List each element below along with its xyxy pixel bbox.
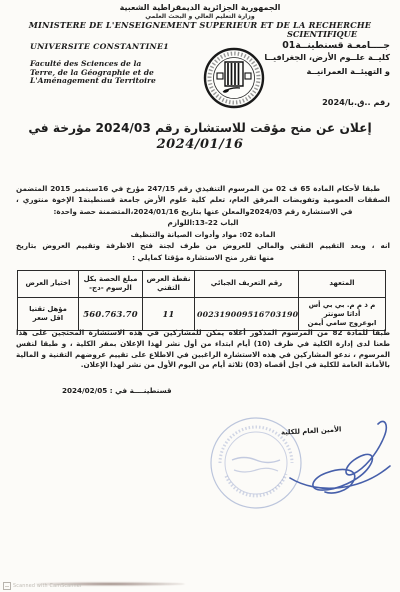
header-ministry-fr-cont: SCIENTIFIQUE xyxy=(287,29,357,39)
university-name-fr: UNIVERSITE CONSTANTINE1 xyxy=(30,43,169,52)
document-page: الجمهورية الجزائرية الديمقراطية الشعبية … xyxy=(0,0,400,592)
closing-line: طعنا لدى إدارة الكلية في ظرف (10) أيام ا… xyxy=(16,339,390,350)
faculty-name-ar-line2: و التهيئــة العمرانيــة xyxy=(264,66,390,77)
body-paragraph: طبقا لأحكام المادة 65 ف 02 من المرسوم ال… xyxy=(16,183,390,263)
offer-choice-line2: اقل سعر xyxy=(20,314,76,323)
closing-line: المرسوم ، ندعو المشاركين في هذه الاستشار… xyxy=(16,350,390,361)
body-line: الباب 22-13:اللوازم xyxy=(16,217,390,228)
faculty-name-fr-line3: L'Aménagement du Territoire xyxy=(30,77,169,86)
table-header-offer-choice: اختيار العرض xyxy=(18,271,79,298)
watermark-text: Scanned with CamScanner xyxy=(13,584,82,589)
cell-tax-id: 00231900951670319001 xyxy=(195,298,299,331)
body-line: المادة 02: مواد وأدوات الصيانة والتنظيف xyxy=(16,229,390,240)
camscanner-watermark: Scanned with CamScanner xyxy=(3,582,82,590)
faculty-name-ar-line1: كليــة علــوم الأرض، الجغرافيــا xyxy=(264,52,390,63)
announcement-title-line2: 2024/01/16 xyxy=(0,137,400,152)
header-republic-ar: الجمهورية الجزائرية الديمقراطية الشعبية xyxy=(0,3,400,12)
announcement-title-line1: إعلان عن منح مؤقت للاستشارة رقم 2024/03 … xyxy=(0,121,400,135)
body-line: في الاستشارة رقم 2024/03والمعلن عنها بتا… xyxy=(16,206,390,217)
date-line: قسنطينــــة في : 2024/02/05 xyxy=(62,386,172,395)
table-header-amount: مبلغ الحصة بكل الرسوم -دج- xyxy=(79,271,143,298)
closing-line: بالأمانة العامة للكلية في اجل أقصاه (03)… xyxy=(16,360,390,371)
table-row: م ذ م م. بي بي أس أداتا سونتر ابوعروج سا… xyxy=(18,298,386,331)
body-line: طبقا لأحكام المادة 65 ف 02 من المرسوم ال… xyxy=(16,183,390,194)
reference-number: رقم ..ق.با/2024 xyxy=(322,97,390,107)
signature-scribble-icon xyxy=(262,414,397,504)
cell-amount: 560.763.70 xyxy=(79,298,143,331)
sender-block-fr: UNIVERSITE CONSTANTINE1 Faculté des Scie… xyxy=(30,43,169,86)
closing-paragraph: طبقا للمادة 82 من المرسوم المذكور أعلاه … xyxy=(16,328,390,371)
cell-technical-score: 11 xyxy=(143,298,195,331)
cell-offer-choice: مؤهل تقنيا اقل سعر xyxy=(18,298,79,331)
table-header-row: المتعهد رقم التعريف الجبائي نقطة العرض ا… xyxy=(18,271,386,298)
header-ministry-ar: وزارة التعليم العالي و البحث العلمي xyxy=(0,13,400,20)
body-line: الصفقات العمومية وتفويضات المرفق العام، … xyxy=(16,194,390,205)
table-header-tax-id: رقم التعريف الجبائي xyxy=(195,271,299,298)
bidder-name-line2: ابوعروج سامي أيمن xyxy=(301,319,383,328)
offer-choice-line1: مؤهل تقنيا xyxy=(20,305,76,314)
sender-block-ar: جــــامعـة قسنطينــة01 كليــة علــوم الأ… xyxy=(264,40,390,76)
university-name-ar: جــــامعـة قسنطينــة01 xyxy=(264,40,390,52)
closing-line: طبقا للمادة 82 من المرسوم المذكور أعلاه … xyxy=(16,328,390,339)
cell-bidder: م ذ م م. بي بي أس أداتا سونتر ابوعروج سا… xyxy=(299,298,386,331)
body-line: انه ، وبعد التقييم التقني والمالي للعروض… xyxy=(16,240,390,251)
table-header-technical-score: نقطة العرض التقني xyxy=(143,271,195,298)
table-header-bidder: المتعهد xyxy=(299,271,386,298)
university-seal-icon xyxy=(203,46,267,112)
award-table: المتعهد رقم التعريف الجبائي نقطة العرض ا… xyxy=(17,270,386,331)
body-line: منها تقرر منح الاستشارة مؤقتا كمايلي : xyxy=(16,252,390,263)
camscanner-icon xyxy=(3,582,11,590)
bidder-name-line1: م ذ م م. بي بي أس أداتا سونتر xyxy=(301,301,383,319)
